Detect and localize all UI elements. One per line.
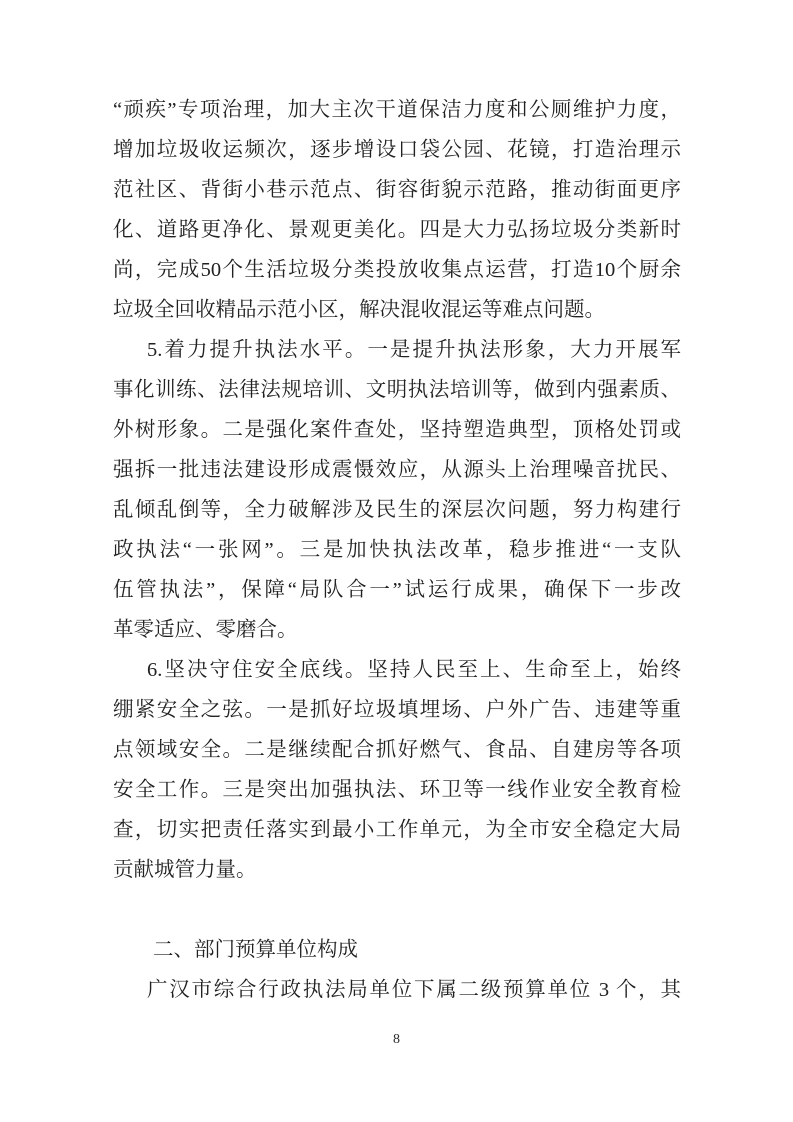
- paragraph-budget-units: 广汉市综合行政执法局单位下属二级预算单位 3 个，其: [113, 970, 681, 1010]
- paragraph-6-safety-bottom-line: 6.坚决守住安全底线。坚持人民至上、生命至上，始终绷紧安全之弦。一是抓好垃圾填埋…: [113, 650, 681, 890]
- text-line: 查，切实把责任落实到最小工作单元，为全市安全稳定大局: [113, 810, 681, 850]
- text-line: 政执法“一张网”。三是加快执法改革，稳步推进“一支队: [113, 530, 681, 570]
- text-line: 外树形象。二是强化案件查处，坚持塑造典型，顶格处罚或: [113, 410, 681, 450]
- text-line: 事化训练、法律法规培训、文明执法培训等，做到内强素质、: [113, 370, 681, 410]
- paragraph-city-appearance-continuation: “顽疾”专项治理，加大主次干道保洁力度和公厕维护力度，增加垃圾收运频次，逐步增设…: [113, 90, 681, 330]
- text-line: 垃圾全回收精品示范小区，解决混收混运等难点问题。: [113, 290, 681, 330]
- page-number: 8: [0, 1032, 793, 1048]
- text-line: 绷紧安全之弦。一是抓好垃圾填埋场、户外广告、违建等重: [113, 690, 681, 730]
- text-line: 增加垃圾收运频次，逐步增设口袋公园、花镜，打造治理示: [113, 130, 681, 170]
- text-line: 6.坚决守住安全底线。坚持人民至上、生命至上，始终: [113, 650, 681, 690]
- text-line: 伍管执法”，保障“局队合一”试运行成果，确保下一步改: [113, 570, 681, 610]
- section-heading-budget-unit-composition: 二、部门预算单位构成: [113, 930, 681, 970]
- text-line: 点领域安全。二是继续配合抓好燃气、食品、自建房等各项: [113, 730, 681, 770]
- text-line: “顽疾”专项治理，加大主次干道保洁力度和公厕维护力度，: [113, 90, 681, 130]
- text-line: 革零适应、零磨合。: [113, 610, 681, 650]
- document-body: “顽疾”专项治理，加大主次干道保洁力度和公厕维护力度，增加垃圾收运频次，逐步增设…: [113, 90, 681, 1010]
- paragraph-5-law-enforcement: 5.着力提升执法水平。一是提升执法形象，大力开展军事化训练、法律法规培训、文明执…: [113, 330, 681, 650]
- text-line: 范社区、背街小巷示范点、街容街貌示范路，推动街面更序: [113, 170, 681, 210]
- document-page: “顽疾”专项治理，加大主次干道保洁力度和公厕维护力度，增加垃圾收运频次，逐步增设…: [0, 0, 793, 1122]
- text-line: 5.着力提升执法水平。一是提升执法形象，大力开展军: [113, 330, 681, 370]
- text-line: 二、部门预算单位构成: [113, 930, 681, 970]
- text-line: 安全工作。三是突出加强执法、环卫等一线作业安全教育检: [113, 770, 681, 810]
- text-line: 贡献城管力量。: [113, 850, 681, 890]
- text-line: 乱倾乱倒等，全力破解涉及民生的深层次问题，努力构建行: [113, 490, 681, 530]
- text-line: 尚，完成50个生活垃圾分类投放收集点运营，打造10个厨余: [113, 250, 681, 290]
- text-line: 广汉市综合行政执法局单位下属二级预算单位 3 个，其: [113, 970, 681, 1010]
- text-line: 化、道路更净化、景观更美化。四是大力弘扬垃圾分类新时: [113, 210, 681, 250]
- text-line: 强拆一批违法建设形成震慑效应，从源头上治理噪音扰民、: [113, 450, 681, 490]
